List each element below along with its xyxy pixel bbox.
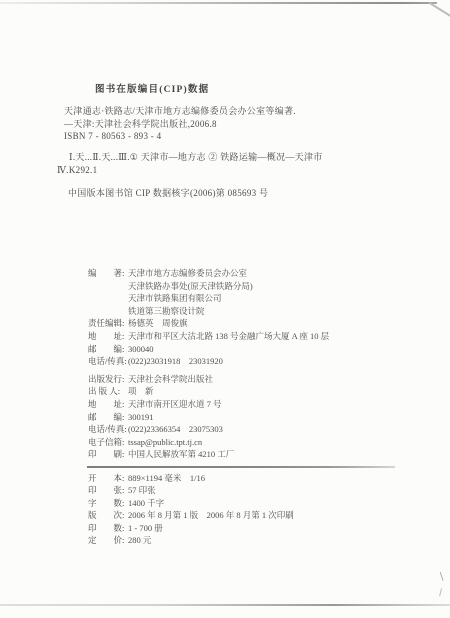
field-label: 出版发行: <box>88 373 128 386</box>
colophon-row-format: 开 本:889×1194 毫米 1/16 <box>88 472 408 485</box>
field-label: 编 著: <box>88 267 128 280</box>
colophon-row-phone: 电话/传真:(022)23031918 23031920 <box>88 355 408 368</box>
field-value: 57 印张 <box>128 485 156 495</box>
field-value: 300191 <box>128 412 154 422</box>
field-label: 电子信箱: <box>88 436 128 449</box>
field-label: 责任编辑: <box>88 317 128 330</box>
field-value: 杨德英 周俊旗 <box>128 318 188 328</box>
field-value: 中国人民解放军第 4210 工厂 <box>128 449 234 459</box>
scan-corner-fold <box>429 2 450 19</box>
colophon-row-printer: 印 刷:中国人民解放军第 4210 工厂 <box>88 448 408 461</box>
cip-isbn-line: ISBN 7 - 80563 - 893 - 4 <box>64 130 409 143</box>
colophon-row-publisher: 出版发行:天津社会科学院出版社 <box>88 373 408 386</box>
scan-artifact <box>440 570 449 581</box>
colophon-row-responsible-editor: 责任编辑:杨德英 周俊旗 <box>88 317 408 330</box>
field-label: 电话/传真: <box>88 423 128 436</box>
field-label: 版 次: <box>88 509 128 522</box>
colophon-row-address2: 地 址:天津市南开区迎水道 7 号 <box>88 398 408 411</box>
cip-classification-line: Ⅰ.天...Ⅱ.天...Ⅲ.① 天津市—地方志 ② 铁路运输—概况—天津市 <box>69 151 409 164</box>
scan-artifact <box>439 588 448 597</box>
colophon-row-address: 地 址:天津市和平区大沽北路 138 号金融广场大厦 A 座 10 层 <box>88 330 408 343</box>
scanned-book-colophon-page: 图书在版编目(CIP)数据 天津通志·铁路志/天津市地方志编修委员会办公室等编著… <box>0 0 450 618</box>
colophon-row-editor: 编 著:天津市地方志编修委员会办公室 <box>88 267 408 280</box>
colophon-row-edition: 版 次:2006 年 8 月第 1 版 2006 年 8 月第 1 次印刷 <box>88 509 408 522</box>
field-value: 1 - 700 册 <box>128 523 163 533</box>
scan-edge-bottom <box>0 604 450 606</box>
field-value: 300040 <box>128 344 154 354</box>
colophon-row-postcode2: 邮 编:300191 <box>88 411 408 424</box>
field-value: (022)23031918 23031920 <box>128 356 223 366</box>
cip-publisher-line: —天津:天津社会科学院出版社,2006.8 <box>64 118 409 131</box>
cip-title-line: 天津通志·铁路志/天津市地方志编修委员会办公室等编著. <box>64 105 409 118</box>
field-value: 项 新 <box>128 386 154 396</box>
field-label: 地 址: <box>88 330 128 343</box>
field-label: 出 版 人: <box>88 385 128 398</box>
cip-record-number: 中国版本图书馆 CIP 数据核字(2006)第 085693 号 <box>68 187 409 200</box>
colophon-row-wordcount: 字 数:1400 千字 <box>88 497 408 510</box>
field-label: 定 价: <box>88 534 128 547</box>
colophon-section: 编 著:天津市地方志编修委员会办公室 天津铁路办事处(原天津铁路分局) 天津市铁… <box>88 267 408 547</box>
field-value: 天津市铁路集团有限公司 <box>128 293 222 303</box>
colophon-row-printrun: 印 数:1 - 700 册 <box>88 522 408 535</box>
colophon-row-email: 电子信箱:tssap@public.tpt.tj.cn <box>88 436 408 449</box>
colophon-row-sheets: 印 张:57 印张 <box>88 484 408 497</box>
field-value: tssap@public.tpt.tj.cn <box>128 437 202 447</box>
colophon-row-editor-cont: 铁道第三勘察设计院 <box>88 305 408 318</box>
section-divider <box>87 466 395 468</box>
field-label: 邮 编: <box>88 343 128 356</box>
field-label: 邮 编: <box>88 411 128 424</box>
field-value: 2006 年 8 月第 1 版 2006 年 8 月第 1 次印刷 <box>128 510 294 520</box>
field-label: 印 张: <box>88 484 128 497</box>
field-value: (022)23366354 23075303 <box>128 424 223 434</box>
field-label: 字 数: <box>88 497 128 510</box>
colophon-row-editor-cont: 天津市铁路集团有限公司 <box>88 292 408 305</box>
field-value: 天津市南开区迎水道 7 号 <box>128 399 222 409</box>
field-value: 天津市和平区大沽北路 138 号金融广场大厦 A 座 10 层 <box>128 331 329 341</box>
field-label: 电话/传真: <box>88 355 128 368</box>
field-value: 889×1194 毫米 1/16 <box>128 473 205 483</box>
colophon-row-postcode: 邮 编:300040 <box>88 343 408 356</box>
colophon-row-phone2: 电话/传真:(022)23366354 23075303 <box>88 423 408 436</box>
cip-heading: 图书在版编目(CIP)数据 <box>95 84 409 97</box>
field-label: 印 刷: <box>88 448 128 461</box>
field-label: 开 本: <box>88 472 128 485</box>
scan-edge-top <box>0 2 437 4</box>
cip-classification-code: Ⅳ.K292.1 <box>57 164 409 177</box>
colophon-row-editor-cont: 天津铁路办事处(原天津铁路分局) <box>88 280 408 293</box>
cip-data-section: 图书在版编目(CIP)数据 天津通志·铁路志/天津市地方志编修委员会办公室等编著… <box>64 84 409 200</box>
field-value: 天津社会科学院出版社 <box>128 374 213 384</box>
field-value: 铁道第三勘察设计院 <box>128 306 205 316</box>
field-value: 1400 千字 <box>128 498 164 508</box>
field-value: 天津铁路办事处(原天津铁路分局) <box>128 281 253 291</box>
field-label: 印 数: <box>88 522 128 535</box>
field-value: 280 元 <box>128 535 151 545</box>
field-label: 地 址: <box>88 398 128 411</box>
colophon-row-publisher-person: 出 版 人:项 新 <box>88 385 408 398</box>
colophon-row-price: 定 价:280 元 <box>88 534 408 547</box>
field-value: 天津市地方志编修委员会办公室 <box>128 268 247 278</box>
